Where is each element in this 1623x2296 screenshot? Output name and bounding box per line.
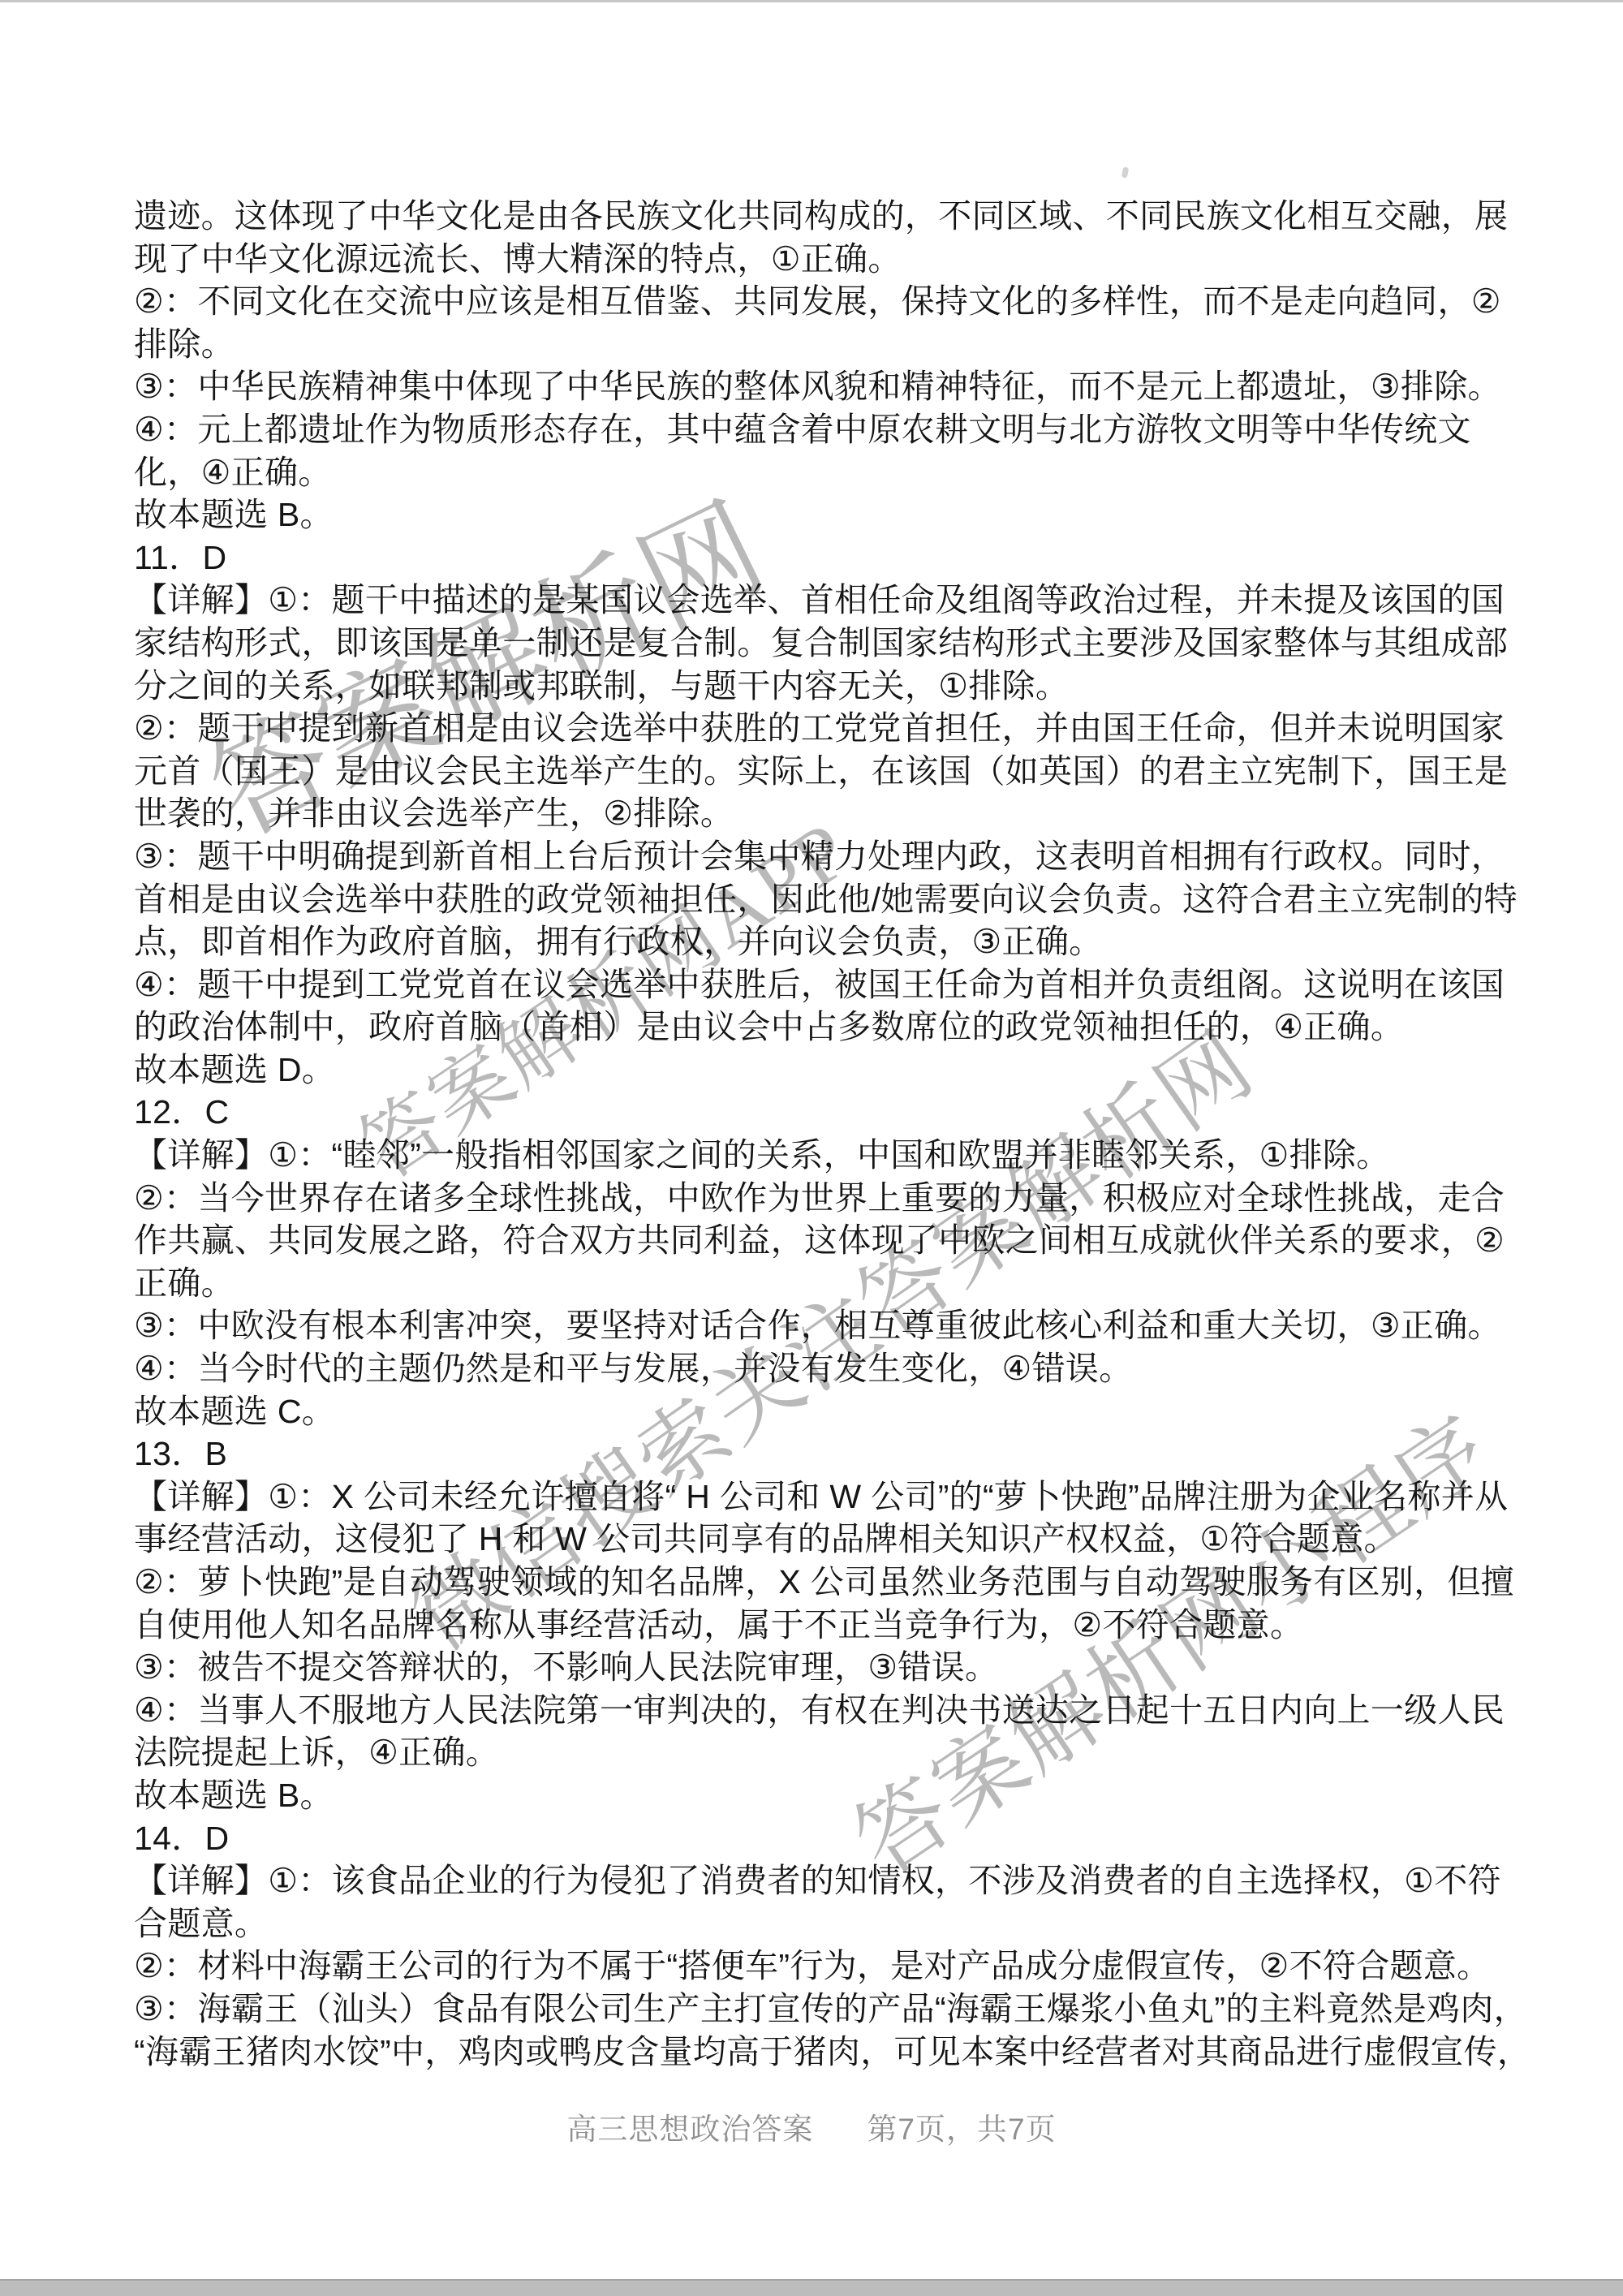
text-line: 首相是由议会选举中获胜的政党领袖担任，因此他/她需要向议会负责。这符合君主立宪制… xyxy=(134,878,1513,921)
text-line: ③：题干中明确提到新首相上台后预计会集中精力处理内政，这表明首相拥有行政权。同时… xyxy=(134,835,1513,878)
text-line: 【详解】①：X 公司未经允许擅自将“ H 公司和 W 公司”的“萝卜快跑”品牌注… xyxy=(134,1475,1513,1518)
page-top-divider xyxy=(0,0,1623,2)
text-line: ④：题干中提到工党党首在议会选举中获胜后，被国王任命为首相并负责组阁。这说明在该… xyxy=(134,963,1513,1006)
footer-page-indicator: 第7页，共7页 xyxy=(867,2109,1056,2151)
question-12-answer: 12．C xyxy=(134,1091,1513,1134)
text-line: 事经营活动，这侵犯了 H 和 W 公司共同享有的品牌相关知识产权权益，①符合题意… xyxy=(134,1518,1513,1561)
text-line: 正确。 xyxy=(134,1262,1513,1305)
page-footer: 高三思想政治答案 第7页，共7页 xyxy=(0,2109,1623,2151)
text-line: 法院提起上诉，④正确。 xyxy=(134,1731,1513,1774)
text-line: 现了中华文化源远流长、博大精深的特点，①正确。 xyxy=(134,238,1513,281)
text-line: 分之间的关系，如联邦制或邦联制，与题干内容无关，①排除。 xyxy=(134,665,1513,708)
text-line: ②：当今世界存在诸多全球性挑战，中欧作为世界上重要的力量，积极应对全球性挑战，走… xyxy=(134,1177,1513,1220)
page-bottom-edge-bar xyxy=(0,2279,1623,2296)
text-line: 【详解】①：“睦邻”一般指相邻国家之间的关系，中国和欧盟并非睦邻关系，①排除。 xyxy=(134,1134,1513,1177)
text-line: 遗迹。这体现了中华文化是由各民族文化共同构成的，不同区域、不同民族文化相互交融，… xyxy=(134,195,1513,238)
text-line: ②：萝卜快跑”是自动驾驶领域的知名品牌，X 公司虽然业务范围与自动驾驶服务有区别… xyxy=(134,1561,1513,1604)
text-line: ②：材料中海霸王公司的行为不属于“搭便车”行为，是对产品成分虚假宣传，②不符合题… xyxy=(134,1945,1513,1988)
text-line: ②：题干中提到新首相是由议会选举中获胜的工党党首担任，并由国王任命，但并未说明国… xyxy=(134,707,1513,750)
text-line: 【详解】①：题干中描述的是某国议会选举、首相任命及组阁等政治过程，并未提及该国的… xyxy=(134,579,1513,622)
answer-conclusion-q11: 故本题选 D。 xyxy=(134,1049,1513,1092)
text-line: 的政治体制中，政府首脑（首相）是由议会中占多数席位的政党领袖担任的，④正确。 xyxy=(134,1006,1513,1049)
answer-conclusion-q13: 故本题选 B。 xyxy=(134,1774,1513,1817)
answer-explanations-text: 遗迹。这体现了中华文化是由各民族文化共同构成的，不同区域、不同民族文化相互交融，… xyxy=(134,195,1513,2073)
answer-sheet-page: 答案解析网 答案解析网APP 微信搜索关注答案解析网 答案解析网小程序 遗迹。这… xyxy=(0,0,1623,2296)
text-line: ④：当今时代的主题仍然是和平与发展，并没有发生变化，④错误。 xyxy=(134,1347,1513,1390)
text-line: 世袭的，并非由议会选举产生，②排除。 xyxy=(134,792,1513,835)
text-line: 排除。 xyxy=(134,323,1513,366)
question-13-answer: 13．B xyxy=(134,1432,1513,1475)
text-line: ③：中欧没有根本利害冲突，要坚持对话合作，相互尊重彼此核心利益和重大关切，③正确… xyxy=(134,1304,1513,1347)
text-line: 【详解】①：该食品企业的行为侵犯了消费者的知情权，不涉及消费者的自主选择权，①不… xyxy=(134,1859,1513,1902)
text-line: ③：被告不提交答辩状的，不影响人民法院审理，③错误。 xyxy=(134,1646,1513,1689)
text-line: 合题意。 xyxy=(134,1902,1513,1945)
text-line: 作共赢、共同发展之路，符合双方共同利益，这体现了中欧之间相互成就伙伴关系的要求，… xyxy=(134,1219,1513,1262)
text-line: 点，即首相作为政府首脑，拥有行政权，并向议会负责，③正确。 xyxy=(134,920,1513,963)
footer-doc-title: 高三思想政治答案 xyxy=(566,2109,813,2151)
question-11-answer: 11．D xyxy=(134,536,1513,579)
text-line: ③：海霸王（汕头）食品有限公司生产主打宣传的产品“海霸王爆浆小鱼丸”的主料竟然是… xyxy=(134,1988,1513,2031)
text-line: ④：当事人不服地方人民法院第一审判决的，有权在判决书送达之日起十五日内向上一级人… xyxy=(134,1689,1513,1732)
text-line: “海霸王猪肉水饺”中，鸡肉或鸭皮含量均高于猪肉，可见本案中经营者对其商品进行虚假… xyxy=(134,2031,1513,2074)
question-14-answer: 14．D xyxy=(134,1817,1513,1860)
text-line: 元首（国王）是由议会民主选举产生的。实际上，在该国（如英国）的君主立宪制下，国王… xyxy=(134,750,1513,793)
answer-conclusion-q10: 故本题选 B。 xyxy=(134,493,1513,536)
text-line: ②：不同文化在交流中应该是相互借鉴、共同发展，保持文化的多样性，而不是走向趋同，… xyxy=(134,280,1513,323)
answer-conclusion-q12: 故本题选 C。 xyxy=(134,1390,1513,1433)
text-line: 自使用他人知名品牌名称从事经营活动，属于不正当竞争行为，②不符合题意。 xyxy=(134,1604,1513,1647)
text-line: ④：元上都遗址作为物质形态存在，其中蕴含着中原农耕文明与北方游牧文明等中华传统文 xyxy=(134,408,1513,451)
text-line: 化，④正确。 xyxy=(134,451,1513,494)
scan-artifact-speck xyxy=(1121,166,1130,178)
text-line: 家结构形式，即该国是单一制还是复合制。复合制国家结构形式主要涉及国家整体与其组成… xyxy=(134,622,1513,665)
text-line: ③：中华民族精神集中体现了中华民族的整体风貌和精神特征，而不是元上都遗址，③排除… xyxy=(134,365,1513,408)
